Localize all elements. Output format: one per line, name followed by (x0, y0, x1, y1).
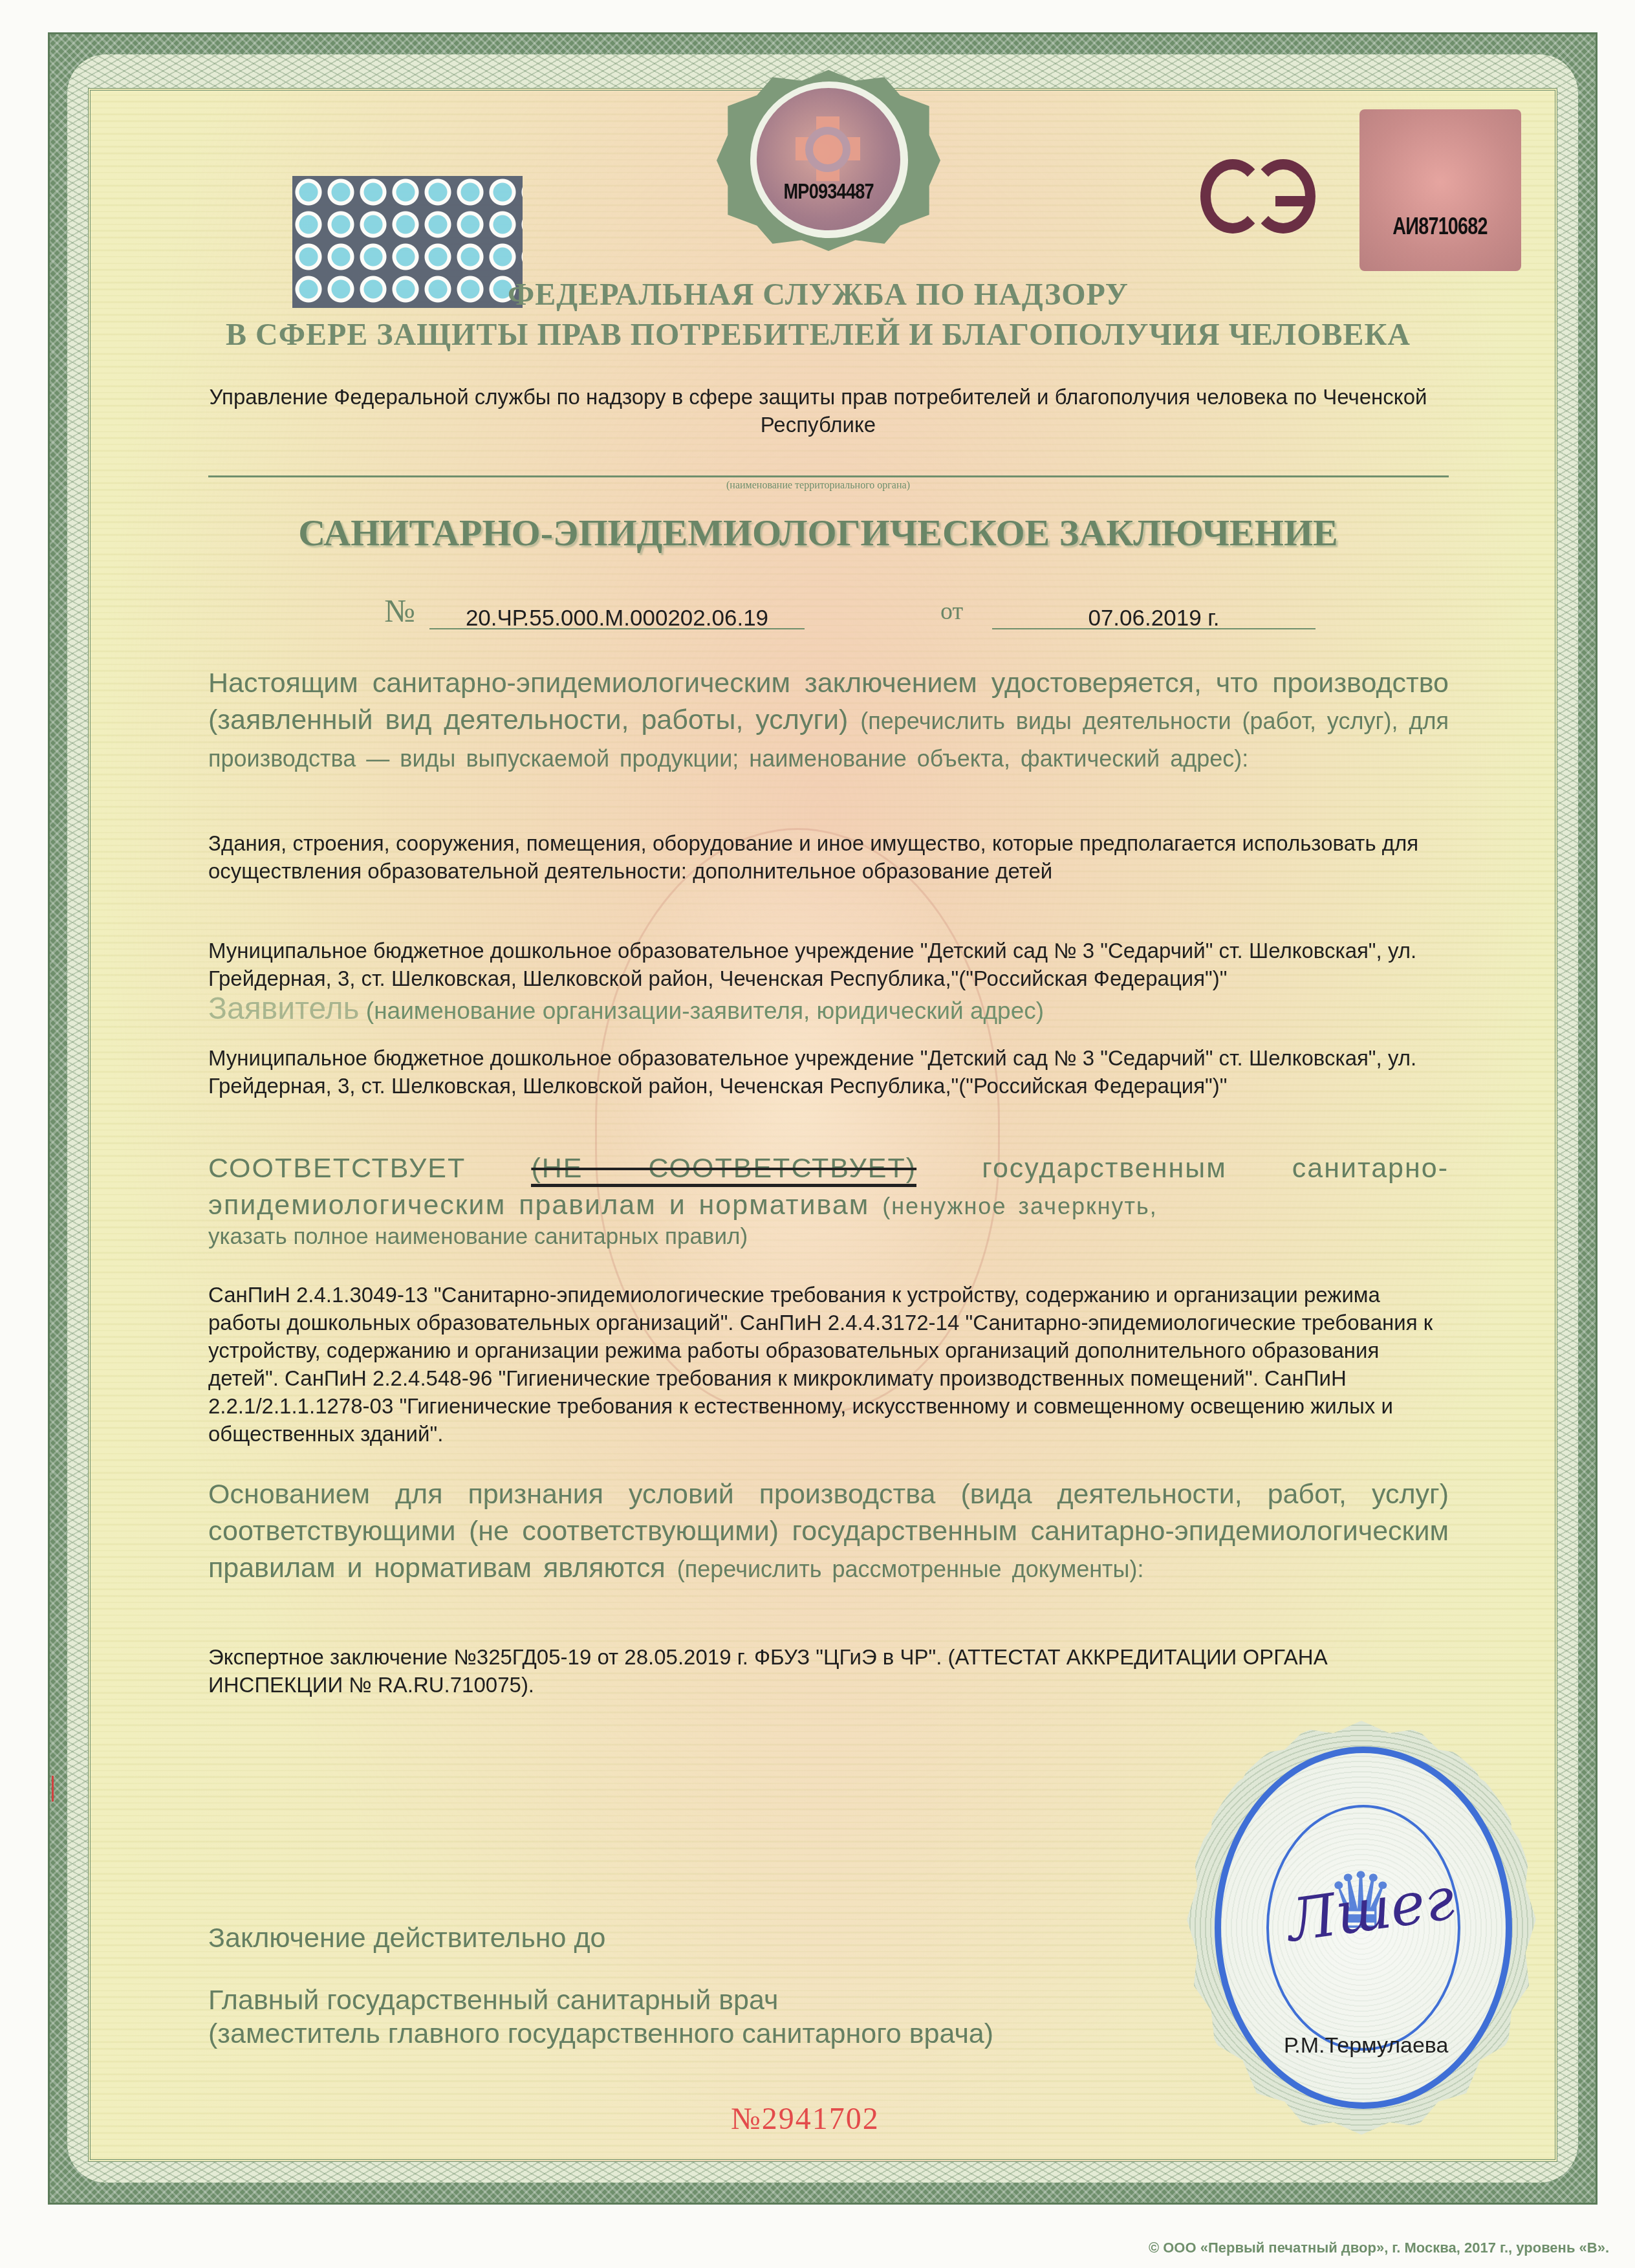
territorial-body: Управление Федеральной службы по надзору… (194, 383, 1442, 439)
logo-letter-e (1251, 159, 1316, 234)
chief-doctor-title: Главный государственный санитарный врач (208, 1985, 778, 2016)
sanpin-list: СанПиН 2.4.1.3049-13 "Санитарно-эпидемио… (208, 1281, 1449, 1448)
expert-conclusion: Экспертное заключение №325ГД05-19 от 28.… (208, 1643, 1449, 1699)
applicant-caption: (наименование организации-заявителя, юри… (366, 998, 1044, 1024)
ink-mark (52, 1776, 54, 1802)
agency-title-line2: В СФЕРЕ ЗАЩИТЫ ПРАВ ПОТРЕБИТЕЛЕЙ И БЛАГО… (194, 317, 1442, 353)
conformity-statement: СООТВЕТСТВУЕТ (НЕ СООТВЕТСТВУЕТ) государ… (208, 1150, 1449, 1225)
applicant-label: Заявитель (208, 992, 360, 1026)
basis-hint-text: (перечислить рассмотренные документы): (677, 1556, 1144, 1582)
conform-note: указать полное наименование санитарных п… (208, 1224, 748, 1250)
date-label: от (940, 597, 963, 626)
top-hologram-serial: МР0934487 (783, 179, 874, 204)
number-date-row: № 20.ЧР.55.000.М.000202.06.19 от 07.06.2… (384, 592, 1328, 631)
territorial-body-underline (208, 475, 1449, 477)
number-label: № (384, 592, 415, 629)
conform-struck: (НЕ СООТВЕТСТВУЕТ) (531, 1153, 916, 1187)
valid-until-label: Заключение действительно до (208, 1923, 605, 1954)
activity-description: Здания, строения, сооружения, помещения,… (208, 829, 1449, 885)
c-emblem-icon (805, 127, 850, 172)
agency-title-line1: ФЕДЕРАЛЬНАЯ СЛУЖБА ПО НАДЗОРУ (194, 277, 1442, 312)
right-hologram-serial: АИ8710682 (1393, 213, 1488, 240)
intro-paragraph: Настоящим санитарно-эпидемиологическим з… (208, 665, 1449, 777)
chief-doctor-deputy: (заместитель главного государственного с… (208, 2018, 993, 2050)
applicant-caption-row: Заявитель (наименование организации-заяв… (208, 991, 1044, 1027)
right-hologram-sticker: АИ8710682 (1359, 109, 1521, 271)
document-title: САНИТАРНО-ЭПИДЕМИОЛОГИЧЕСКОЕ ЗАКЛЮЧЕНИЕ (194, 511, 1442, 554)
territorial-body-caption: (наименование территориального органа) (194, 480, 1442, 492)
basis-paragraph: Основанием для признания условий произво… (208, 1476, 1449, 1587)
conclusion-number: 20.ЧР.55.000.М.000202.06.19 (429, 609, 805, 629)
applicant-address: Муниципальное бюджетное дошкольное образ… (208, 1044, 1449, 1100)
conform-kept: СООТВЕТСТВУЕТ (208, 1153, 466, 1184)
conform-hint: (ненужное зачеркнуть, (882, 1193, 1158, 1219)
blank-serial-number: №2941702 (731, 2101, 880, 2137)
organization-address: Муниципальное бюджетное дошкольное образ… (208, 937, 1449, 992)
se-logo-icon (1200, 157, 1323, 235)
printer-imprint: © ООО «Первый печатный двор», г. Москва,… (1149, 2240, 1609, 2256)
signer-name: Р.М.Термулаева (1284, 2033, 1448, 2058)
conclusion-date: 07.06.2019 г. (992, 609, 1316, 629)
